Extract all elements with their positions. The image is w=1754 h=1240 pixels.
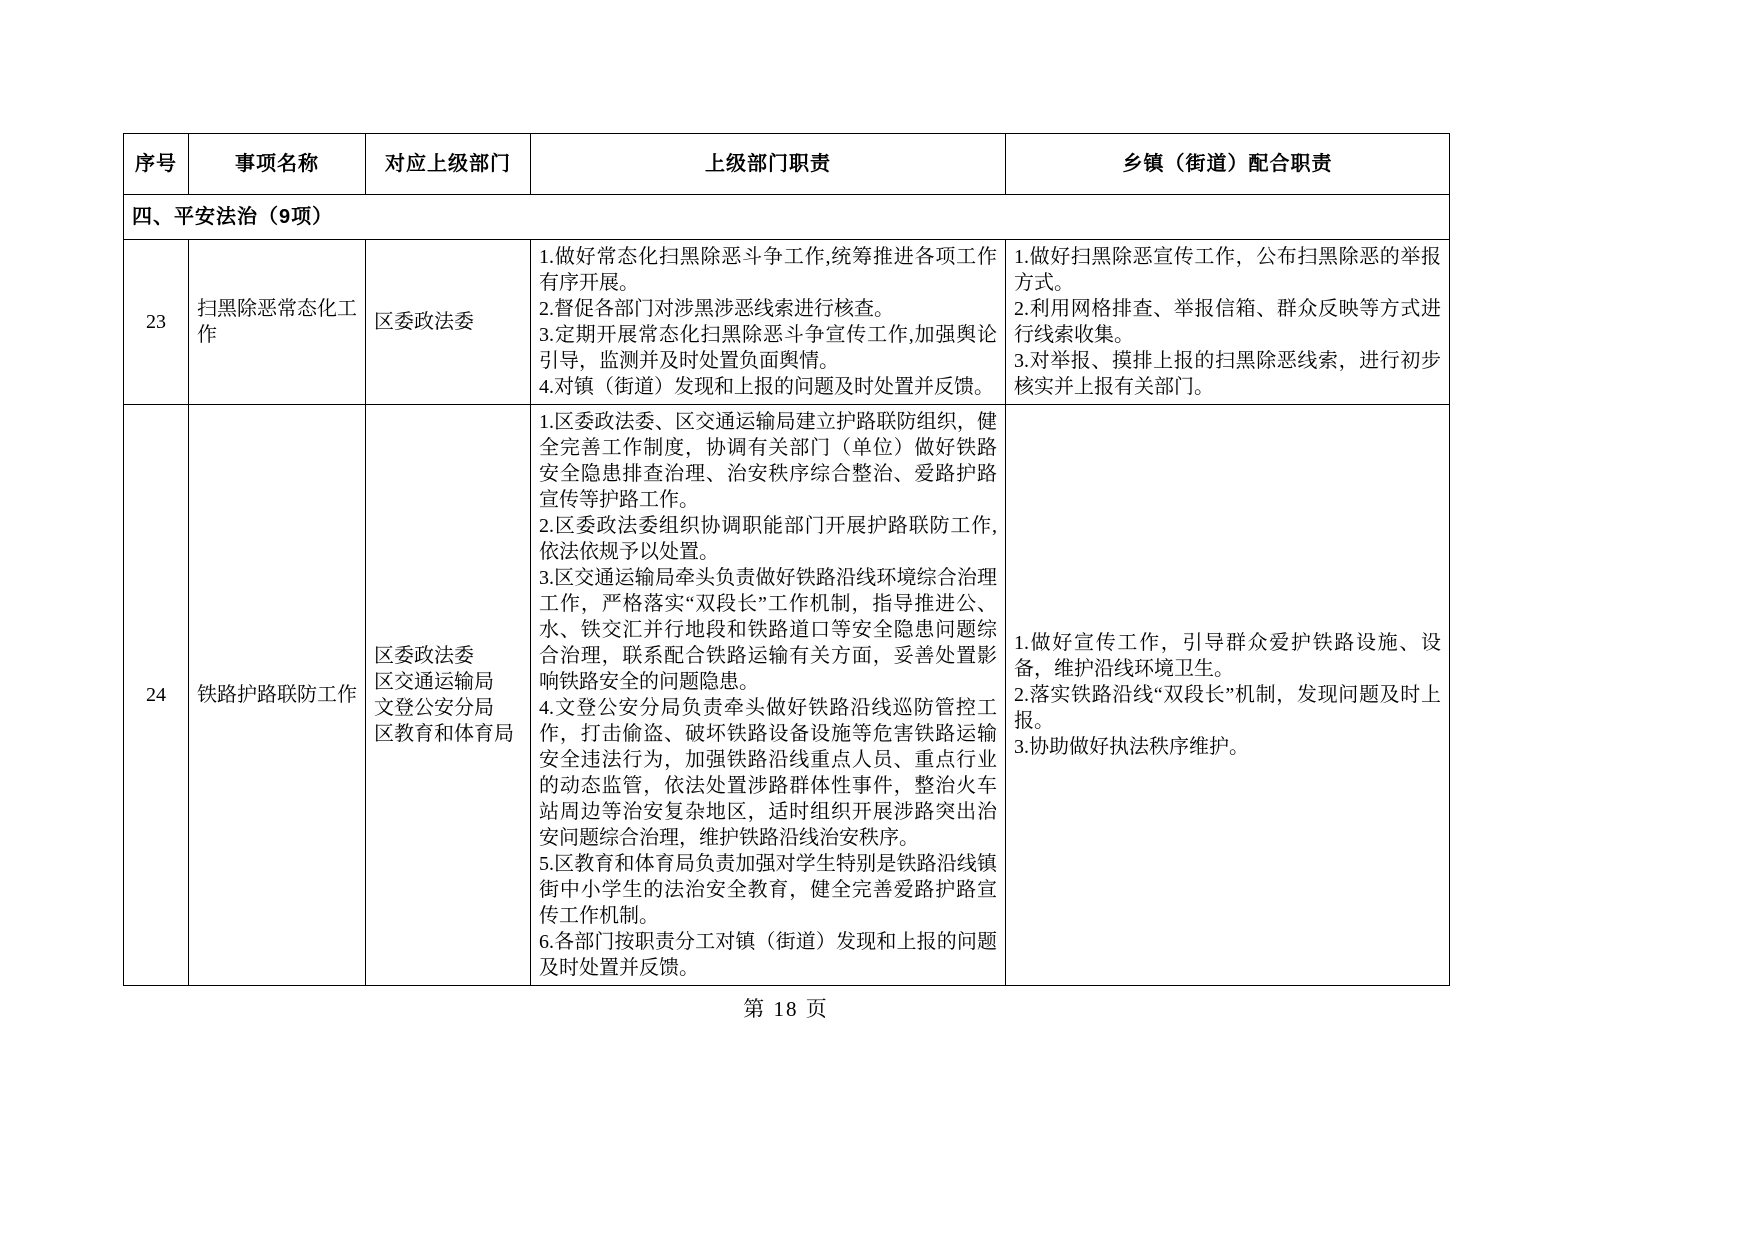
col-header-no: 序号 [124,134,189,195]
township-duties: 1.做好宣传工作，引导群众爱护铁路设施、设备，维护沿线环境卫生。2.落实铁路沿线… [1006,405,1450,986]
section-title: 四、平安法治（9项） [124,195,1450,240]
text-line: 1.做好常态化扫黑除恶斗争工作,统筹推进各项工作有序开展。 [539,244,997,296]
document-page: 序号 事项名称 对应上级部门 上级部门职责 乡镇（街道）配合职责 四、平安法治（… [0,0,1754,1240]
text-line: 4.对镇（街道）发现和上报的问题及时处置并反馈。 [539,374,997,400]
text-line: 4.文登公安分局负责牵头做好铁路沿线巡防管控工作，打击偷盗、破坏铁路设备设施等危… [539,695,997,851]
text-line: 6.各部门按职责分工对镇（街道）发现和上报的问题及时处置并反馈。 [539,929,997,981]
text-line: 2.落实铁路沿线“双段长”机制，发现问题及时上报。 [1014,682,1441,734]
text-line: 3.区交通运输局牵头负责做好铁路沿线环境综合治理工作，严格落实“双段长”工作机制… [539,565,997,695]
superior-duties: 1.区委政法委、区交通运输局建立护路联防组织，健全完善工作制度，协调有关部门（单… [531,405,1006,986]
responsibility-table: 序号 事项名称 对应上级部门 上级部门职责 乡镇（街道）配合职责 四、平安法治（… [123,133,1450,986]
text-line: 5.区教育和体育局负责加强对学生特别是铁路沿线镇街中小学生的法治安全教育，健全完… [539,851,997,929]
text-line: 区委政法委 [374,309,522,335]
text-line: 2.利用网格排查、举报信箱、群众反映等方式进行线索收集。 [1014,296,1441,348]
text-line: 区委政法委 [374,643,522,669]
text-line: 3.对举报、摸排上报的扫黑除恶线索，进行初步核实并上报有关部门。 [1014,348,1441,400]
text-line: 2.区委政法委组织协调职能部门开展护路联防工作,依法依规予以处置。 [539,513,997,565]
row-number: 24 [124,405,189,986]
item-name: 铁路护路联防工作 [189,405,366,986]
row-number: 23 [124,240,189,405]
text-line: 3.定期开展常态化扫黑除恶斗争宣传工作,加强舆论引导，监测并及时处置负面舆情。 [539,322,997,374]
section-row: 四、平安法治（9项） [124,195,1450,240]
col-header-item-name: 事项名称 [189,134,366,195]
table-row: 24 铁路护路联防工作 区委政法委区交通运输局文登公安分局区教育和体育局 1.区… [124,405,1450,986]
text-line: 1.区委政法委、区交通运输局建立护路联防组织，健全完善工作制度，协调有关部门（单… [539,409,997,513]
text-line: 文登公安分局 [374,695,522,721]
table-row: 23 扫黑除恶常态化工作 区委政法委 1.做好常态化扫黑除恶斗争工作,统筹推进各… [124,240,1450,405]
superior-departments: 区委政法委区交通运输局文登公安分局区教育和体育局 [366,405,531,986]
col-header-township-duty: 乡镇（街道）配合职责 [1006,134,1450,195]
page-number: 第 18 页 [123,993,1449,1023]
text-line: 3.协助做好执法秩序维护。 [1014,734,1441,760]
col-header-superior-dept: 对应上级部门 [366,134,531,195]
item-name: 扫黑除恶常态化工作 [189,240,366,405]
header-row: 序号 事项名称 对应上级部门 上级部门职责 乡镇（街道）配合职责 [124,134,1450,195]
text-line: 区交通运输局 [374,669,522,695]
superior-duties: 1.做好常态化扫黑除恶斗争工作,统筹推进各项工作有序开展。2.督促各部门对涉黑涉… [531,240,1006,405]
text-line: 2.督促各部门对涉黑涉恶线索进行核查。 [539,296,997,322]
text-line: 区教育和体育局 [374,721,522,747]
col-header-superior-duty: 上级部门职责 [531,134,1006,195]
superior-departments: 区委政法委 [366,240,531,405]
text-line: 1.做好宣传工作，引导群众爱护铁路设施、设备，维护沿线环境卫生。 [1014,630,1441,682]
text-line: 1.做好扫黑除恶宣传工作，公布扫黑除恶的举报方式。 [1014,244,1441,296]
township-duties: 1.做好扫黑除恶宣传工作，公布扫黑除恶的举报方式。2.利用网格排查、举报信箱、群… [1006,240,1450,405]
